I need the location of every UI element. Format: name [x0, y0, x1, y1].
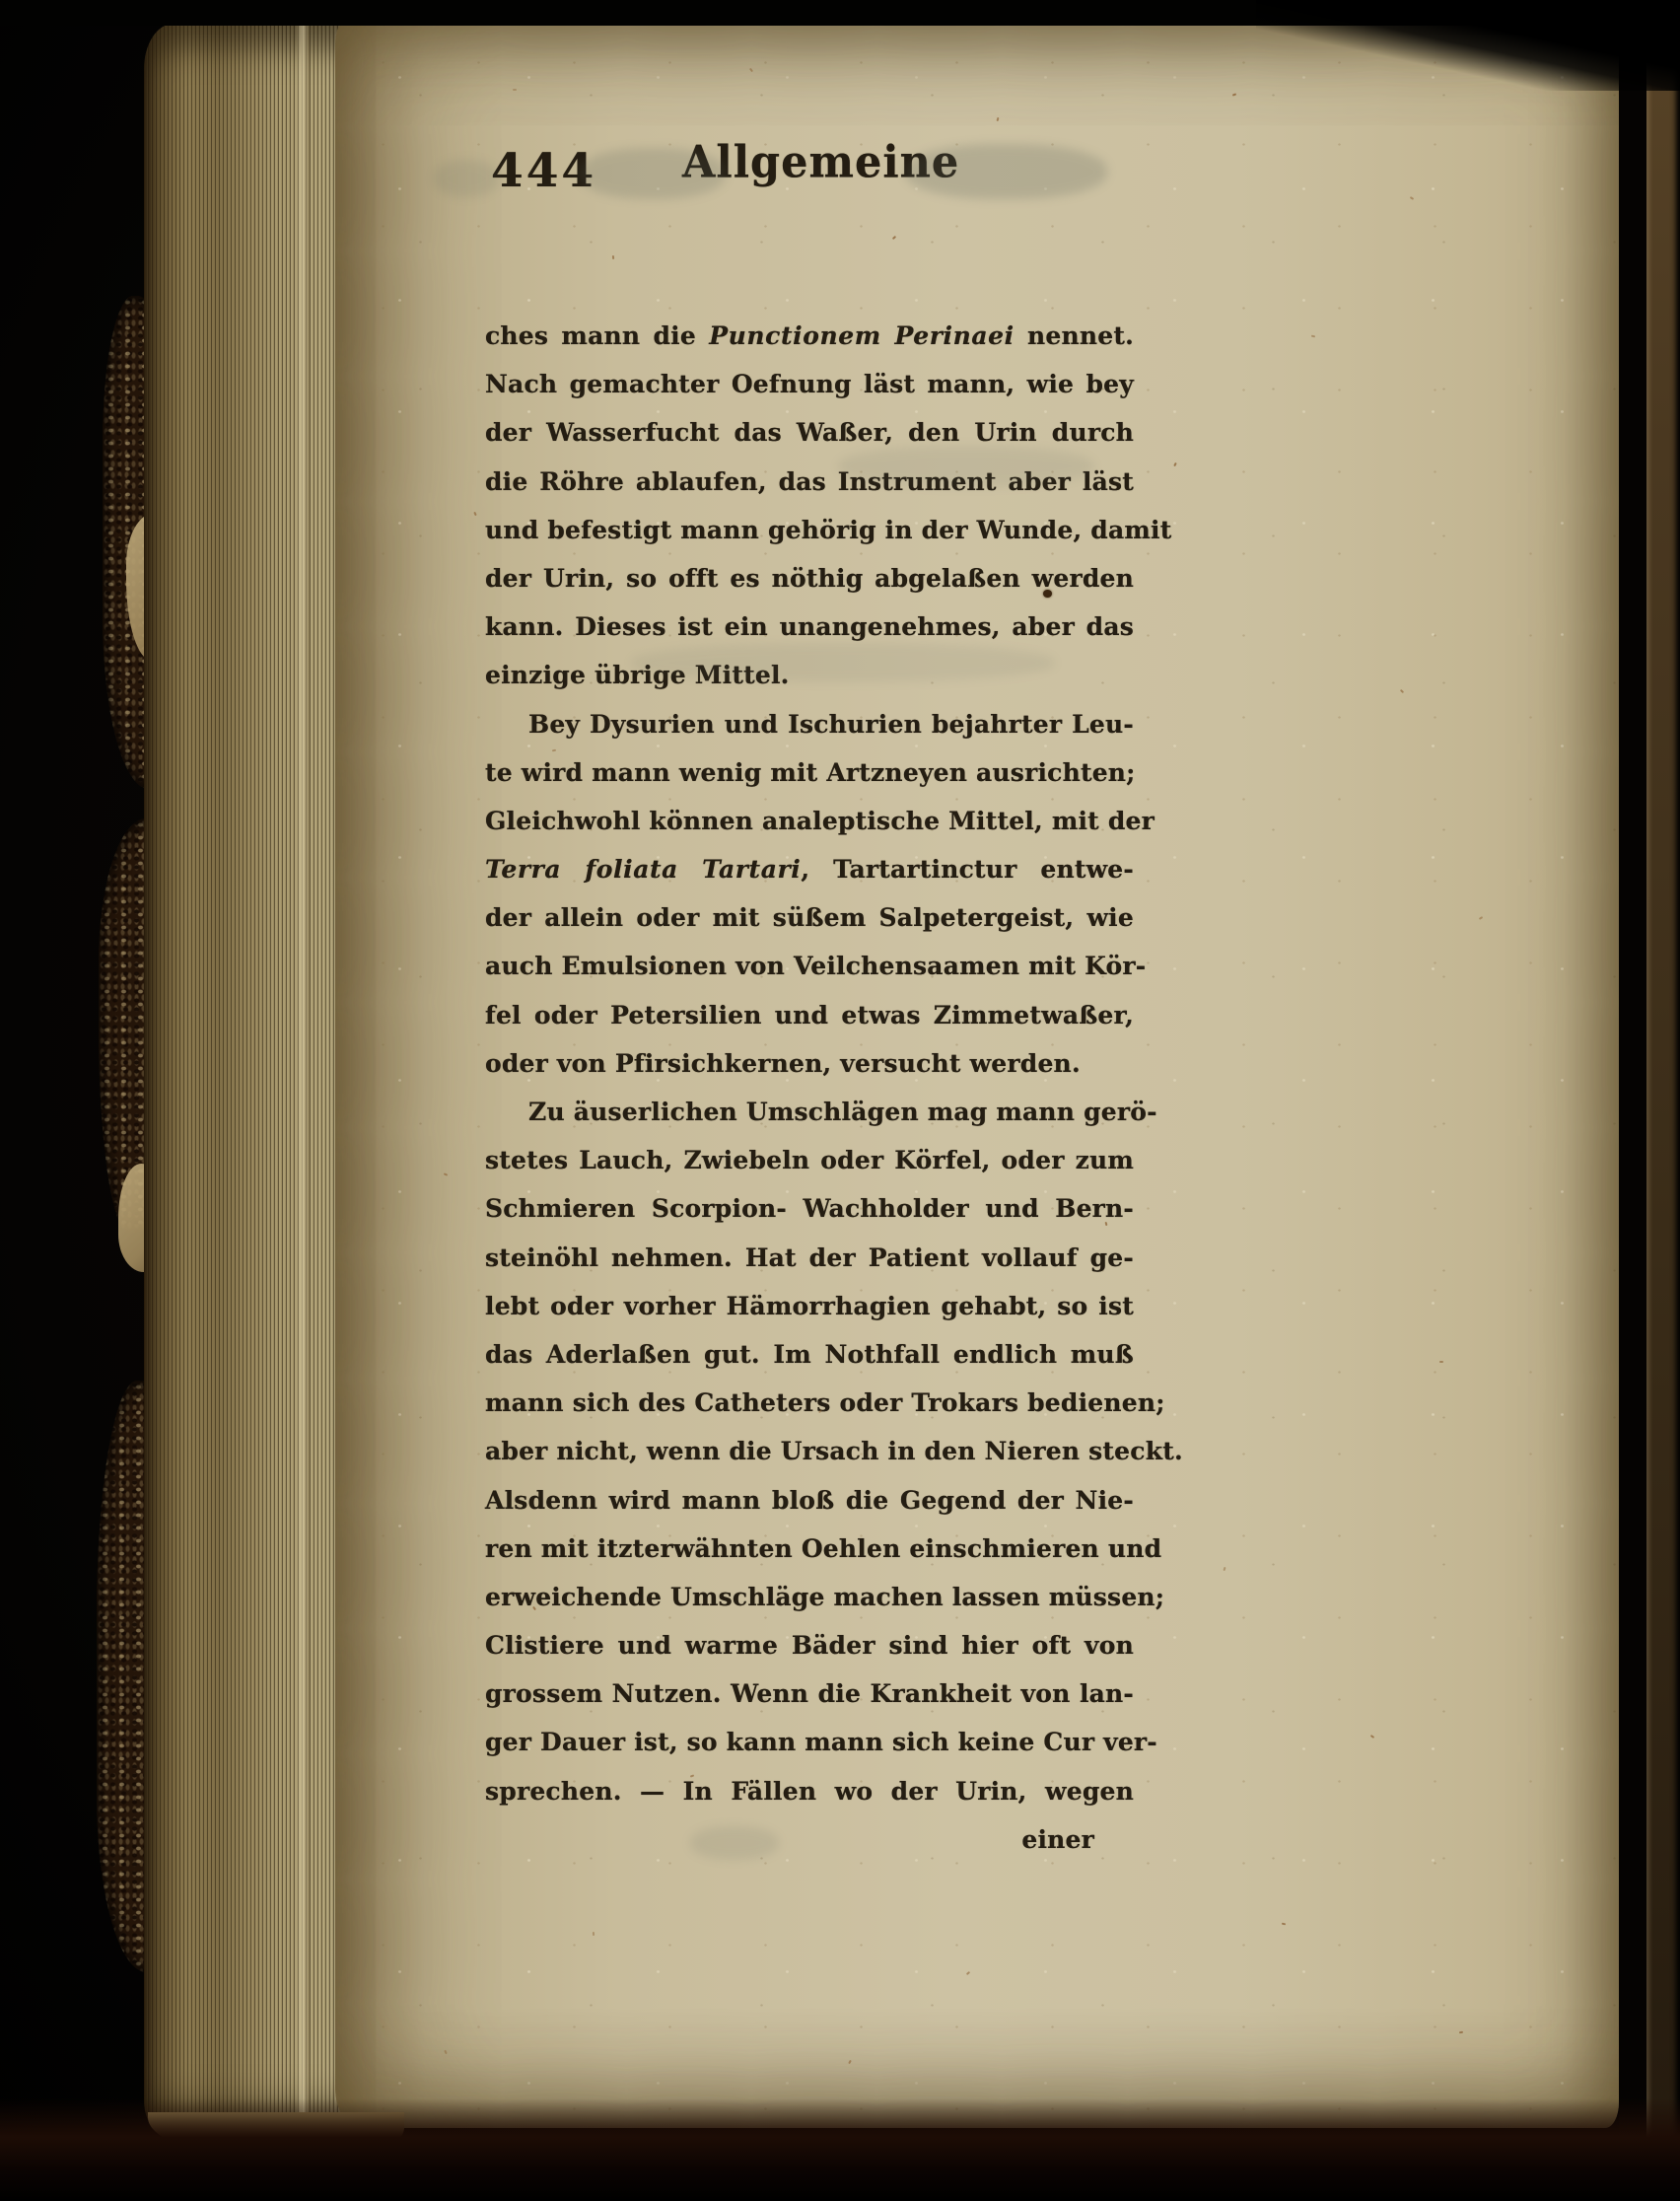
paper-fibre: [593, 1932, 595, 1936]
text-line-21: lebt oder vorher Hämorrhagien gehabt, so…: [485, 1282, 1134, 1330]
text-line-9: Bey Dysurien und Ischurien bejahrter Leu…: [485, 700, 1134, 748]
fraktur-text: grossem Nutzen. Wenn die Krankheit von l…: [485, 1679, 1134, 1708]
text-line-1: ches mann die Punctionem Perinaei nennet…: [485, 312, 1134, 360]
text-line-13: der allein oder mit süßem Salpetergeist,…: [485, 893, 1134, 942]
text-line-27: erweichende Umschläge machen lassen müss…: [485, 1573, 1134, 1621]
text-line-17: Zu äuserlichen Umschlägen mag mann gerö-: [485, 1088, 1134, 1136]
fraktur-text: kann. Dieses ist ein unangenehmes, aber …: [485, 612, 1134, 641]
ink-spot: [1043, 590, 1052, 598]
fraktur-text: stetes Lauch, Zwiebeln oder Körfel, oder…: [485, 1146, 1134, 1174]
fraktur-text: Nach gemachter Oefnung läst mann, wie be…: [485, 370, 1134, 398]
text-line-30: ger Dauer ist, so kann mann sich keine C…: [485, 1718, 1134, 1766]
fraktur-text: das Aderlaßen gut. Im Nothfall endlich m…: [485, 1340, 1134, 1369]
text-line-12: Terra foliata Tartari, Tartartinctur ent…: [485, 845, 1134, 893]
fraktur-text: ches mann die: [485, 321, 709, 350]
latin-italic-text: Terra foliata Tartari: [485, 855, 801, 884]
fraktur-text: Zu äuserlichen Umschlägen mag mann gerö-: [528, 1098, 1157, 1126]
fraktur-text: Clistiere und warme Bäder sind hier oft …: [485, 1631, 1134, 1660]
text-line-25: Alsdenn wird mann bloß die Gegend der Ni…: [485, 1476, 1134, 1525]
fraktur-text: mann sich des Catheters oder Trokars bed…: [485, 1388, 1165, 1417]
fraktur-text: und befestigt mann gehörig in der Wunde,…: [485, 516, 1171, 544]
bleedthrough-smudge: [905, 144, 1107, 199]
page-stack-ridge: [296, 24, 310, 2128]
bleedthrough-smudge: [434, 160, 499, 197]
text-line-15: fel oder Petersilien und etwas Zimmetwaß…: [485, 991, 1134, 1039]
scan-border-corner: [1256, 0, 1680, 91]
bleedthrough-smudge: [690, 1826, 779, 1860]
text-line-19: Schmieren Scorpion- Wachholder und Bern-: [485, 1184, 1134, 1233]
book-page: 444 Allgemeine ches mann die Punctionem …: [335, 22, 1619, 2128]
text-line-28: Clistiere und warme Bäder sind hier oft …: [485, 1621, 1134, 1669]
fraktur-text: lebt oder vorher Hämorrhagien gehabt, so…: [485, 1292, 1134, 1320]
fraktur-text: fel oder Petersilien und etwas Zimmetwaß…: [485, 1001, 1134, 1029]
fraktur-text: sprechen. — In Fällen wo der Urin, wegen: [485, 1777, 1134, 1806]
scanner-background: 444 Allgemeine ches mann die Punctionem …: [0, 0, 1680, 2201]
fraktur-text: te wird mann wenig mit Artzneyen ausrich…: [485, 758, 1136, 787]
paper-fibre: [1439, 1361, 1443, 1363]
text-line-24: aber nicht, wenn die Ursach in den Niere…: [485, 1427, 1134, 1475]
fraktur-text: der Wasserfucht das Waßer, den Urin durc…: [485, 418, 1134, 447]
body-text: ches mann die Punctionem Perinaei nennet…: [485, 312, 1134, 1864]
text-line-18: stetes Lauch, Zwiebeln oder Körfel, oder…: [485, 1136, 1134, 1184]
text-line-6: der Urin, so offt es nöthig abgelaßen we…: [485, 554, 1134, 603]
bleedthrough-smudge: [838, 446, 1094, 487]
fraktur-text: Alsdenn wird mann bloß die Gegend der Ni…: [485, 1486, 1134, 1515]
text-line-11: Gleichwohl können analeptische Mittel, m…: [485, 797, 1134, 845]
fraktur-text: oder von Pfirsichkernen, versucht werden…: [485, 1049, 1081, 1078]
fraktur-text: auch Emulsionen von Veilchensaamen mit K…: [485, 952, 1146, 980]
fraktur-text: aber nicht, wenn die Ursach in den Niere…: [485, 1437, 1183, 1465]
text-line-31: sprechen. — In Fällen wo der Urin, wegen: [485, 1767, 1134, 1815]
fraktur-text: der Urin, so offt es nöthig abgelaßen we…: [485, 564, 1134, 593]
fraktur-text: ren mit itzterwähnten Oehlen einschmiere…: [485, 1534, 1161, 1563]
catchword: einer: [485, 1815, 1134, 1864]
book-fore-edge-pages: [144, 24, 363, 2134]
paper-fibre: [513, 89, 517, 91]
text-line-23: mann sich des Catheters oder Trokars bed…: [485, 1379, 1134, 1427]
text-line-14: auch Emulsionen von Veilchensaamen mit K…: [485, 942, 1134, 990]
latin-italic-text: Punctionem Perinaei: [709, 321, 1015, 350]
text-line-2: Nach gemachter Oefnung läst mann, wie be…: [485, 360, 1134, 408]
fraktur-text: steinöhl nehmen. Hat der Patient vollauf…: [485, 1243, 1134, 1272]
paper-fibre: [612, 255, 614, 259]
fraktur-text: Schmieren Scorpion- Wachholder und Bern-: [485, 1194, 1134, 1223]
scan-border-bottom: [0, 2098, 1680, 2201]
text-line-26: ren mit itzterwähnten Oehlen einschmiere…: [485, 1525, 1134, 1573]
text-line-10: te wird mann wenig mit Artzneyen ausrich…: [485, 748, 1134, 797]
bleedthrough-smudge: [631, 643, 1055, 682]
text-line-20: steinöhl nehmen. Hat der Patient vollauf…: [485, 1234, 1134, 1282]
text-line-22: das Aderlaßen gut. Im Nothfall endlich m…: [485, 1330, 1134, 1379]
fraktur-text: ger Dauer ist, so kann mann sich keine C…: [485, 1728, 1157, 1756]
text-line-29: grossem Nutzen. Wenn die Krankheit von l…: [485, 1669, 1134, 1718]
facing-page-edge: [1646, 63, 1680, 2201]
text-line-16: oder von Pfirsichkernen, versucht werden…: [485, 1039, 1134, 1088]
fraktur-text: der allein oder mit süßem Salpetergeist,…: [485, 903, 1134, 932]
fraktur-text: Bey Dysurien und Ischurien bejahrter Leu…: [528, 710, 1134, 739]
fraktur-text: Gleichwohl können analeptische Mittel, m…: [485, 807, 1155, 835]
fraktur-text: nennet.: [1015, 321, 1134, 350]
text-line-5: und befestigt mann gehörig in der Wunde,…: [485, 506, 1134, 554]
fraktur-text: erweichende Umschläge machen lassen müss…: [485, 1583, 1164, 1611]
bleedthrough-smudge: [580, 148, 726, 199]
fraktur-text: , Tartartinctur entwe-: [801, 855, 1134, 884]
